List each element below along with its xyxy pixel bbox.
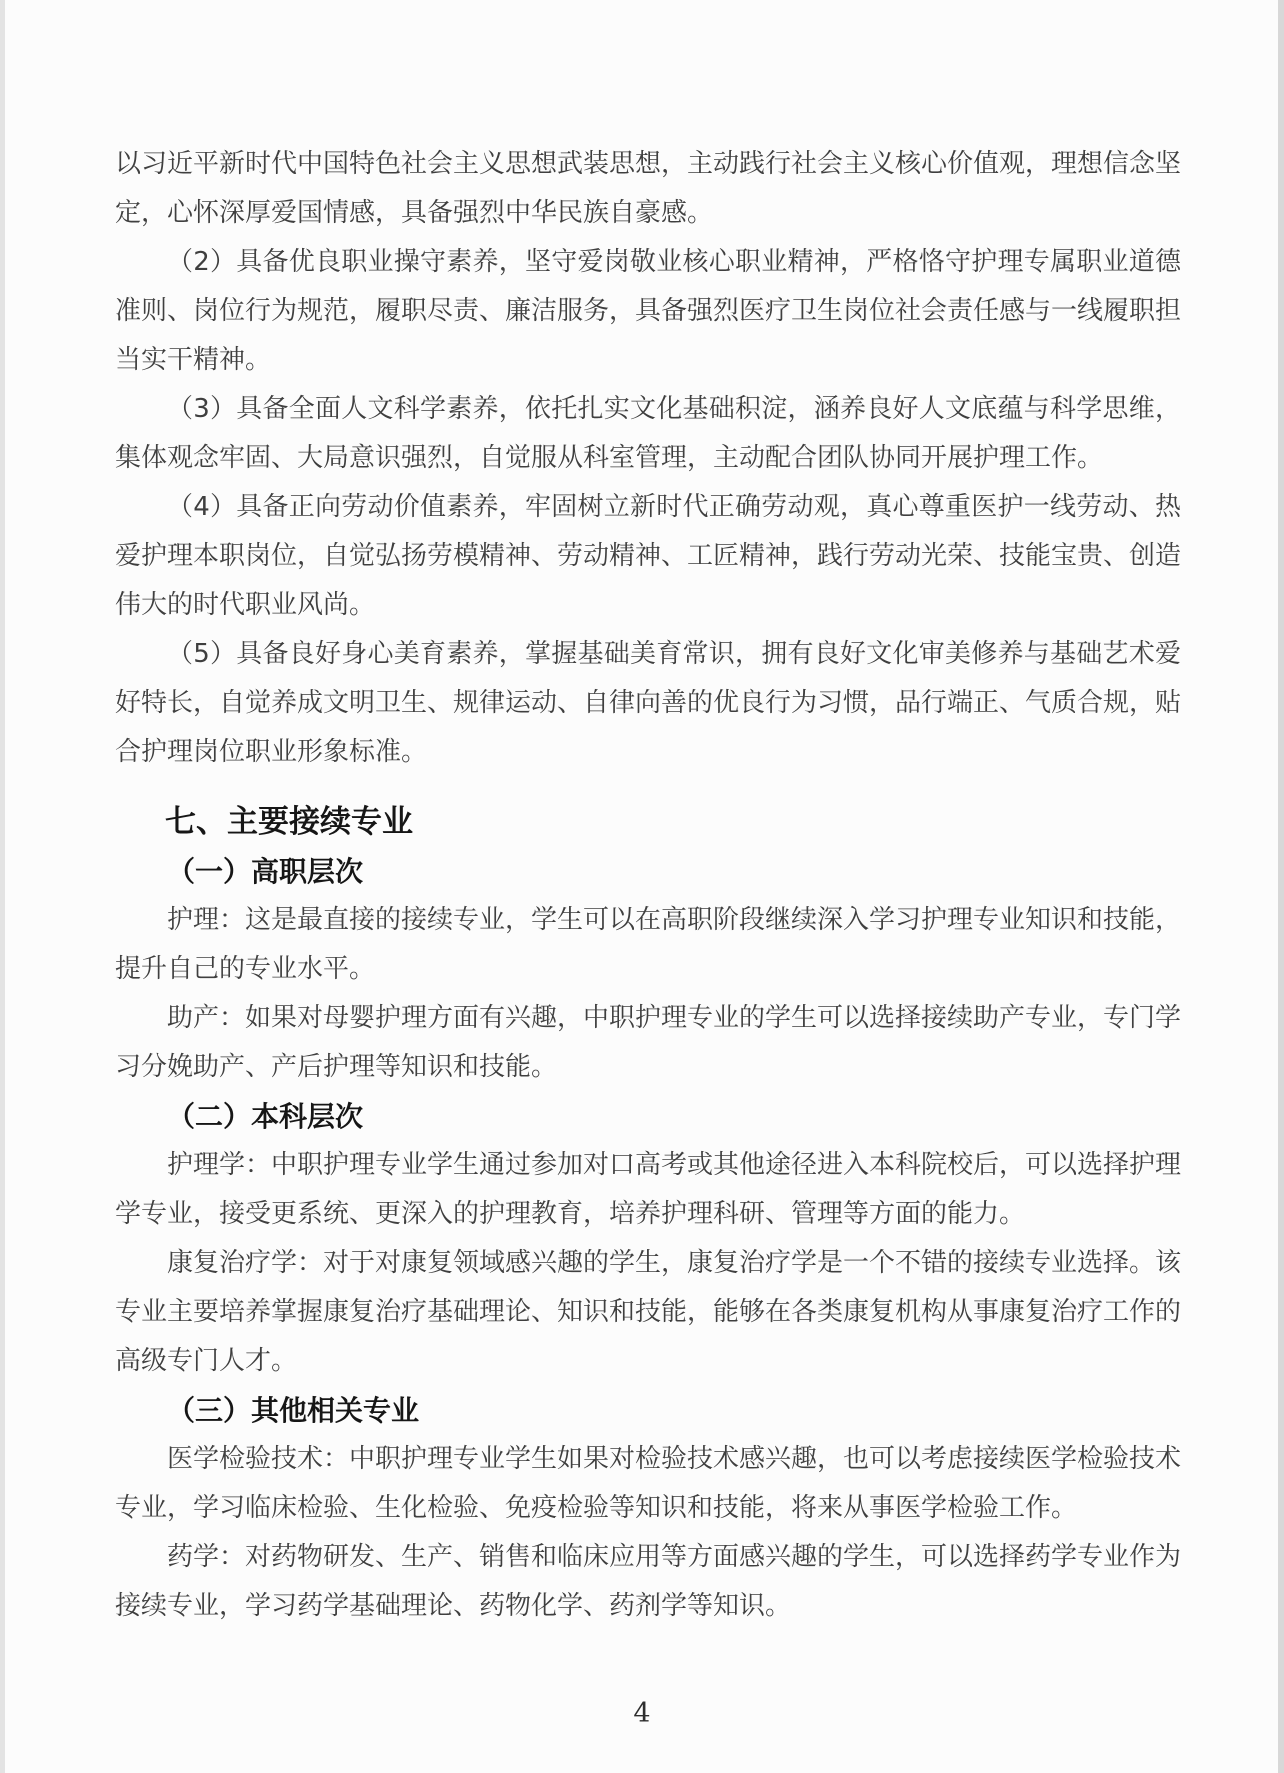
paragraph-continuation: 以习近平新时代中国特色社会主义思想武装思想，主动践行社会主义核心价值观，理想信念…: [115, 140, 1181, 238]
subsection-heading-3: （三）其他相关专业: [115, 1386, 1181, 1435]
subsection-heading-2: （二）本科层次: [115, 1092, 1181, 1141]
paragraph-nursing-science: 护理学：中职护理专业学生通过参加对口高考或其他途径进入本科院校后，可以选择护理学…: [115, 1141, 1181, 1239]
document-page: 以习近平新时代中国特色社会主义思想武装思想，主动践行社会主义核心价值观，理想信念…: [0, 0, 1284, 1773]
page-left-edge: [0, 0, 5, 1773]
paragraph-medical-lab: 医学检验技术：中职护理专业学生如果对检验技术感兴趣，也可以考虑接续医学检验技术专…: [115, 1435, 1181, 1533]
paragraph-pharmacy: 药学：对药物研发、生产、销售和临床应用等方面感兴趣的学生，可以选择药学专业作为接…: [115, 1533, 1181, 1631]
paragraph-item-5: （5）具备良好身心美育素养，掌握基础美育常识，拥有良好文化审美修养与基础艺术爱好…: [115, 630, 1181, 777]
document-body: 以习近平新时代中国特色社会主义思想武装思想，主动践行社会主义核心价值观，理想信念…: [115, 140, 1181, 1631]
paragraph-item-2: （2）具备优良职业操守素养，坚守爱岗敬业核心职业精神，严格恪守护理专属职业道德准…: [115, 238, 1181, 385]
paragraph-item-3: （3）具备全面人文科学素养，依托扎实文化基础积淀，涵养良好人文底蕴与科学思维，集…: [115, 385, 1181, 483]
page-number: 4: [633, 1698, 650, 1729]
paragraph-midwifery: 助产：如果对母婴护理方面有兴趣，中职护理专业的学生可以选择接续助产专业，专门学习…: [115, 994, 1181, 1092]
page-right-edge: [1278, 0, 1284, 1773]
paragraph-rehabilitation: 康复治疗学：对于对康复领域感兴趣的学生，康复治疗学是一个不错的接续专业选择。该专…: [115, 1239, 1181, 1386]
page-footer: 4: [0, 1698, 1284, 1729]
subsection-heading-1: （一）高职层次: [115, 847, 1181, 896]
section-heading-7: 七、主要接续专业: [115, 798, 1181, 847]
paragraph-nursing: 护理：这是最直接的接续专业，学生可以在高职阶段继续深入学习护理专业知识和技能，提…: [115, 896, 1181, 994]
paragraph-item-4: （4）具备正向劳动价值素养，牢固树立新时代正确劳动观，真心尊重医护一线劳动、热爱…: [115, 483, 1181, 630]
